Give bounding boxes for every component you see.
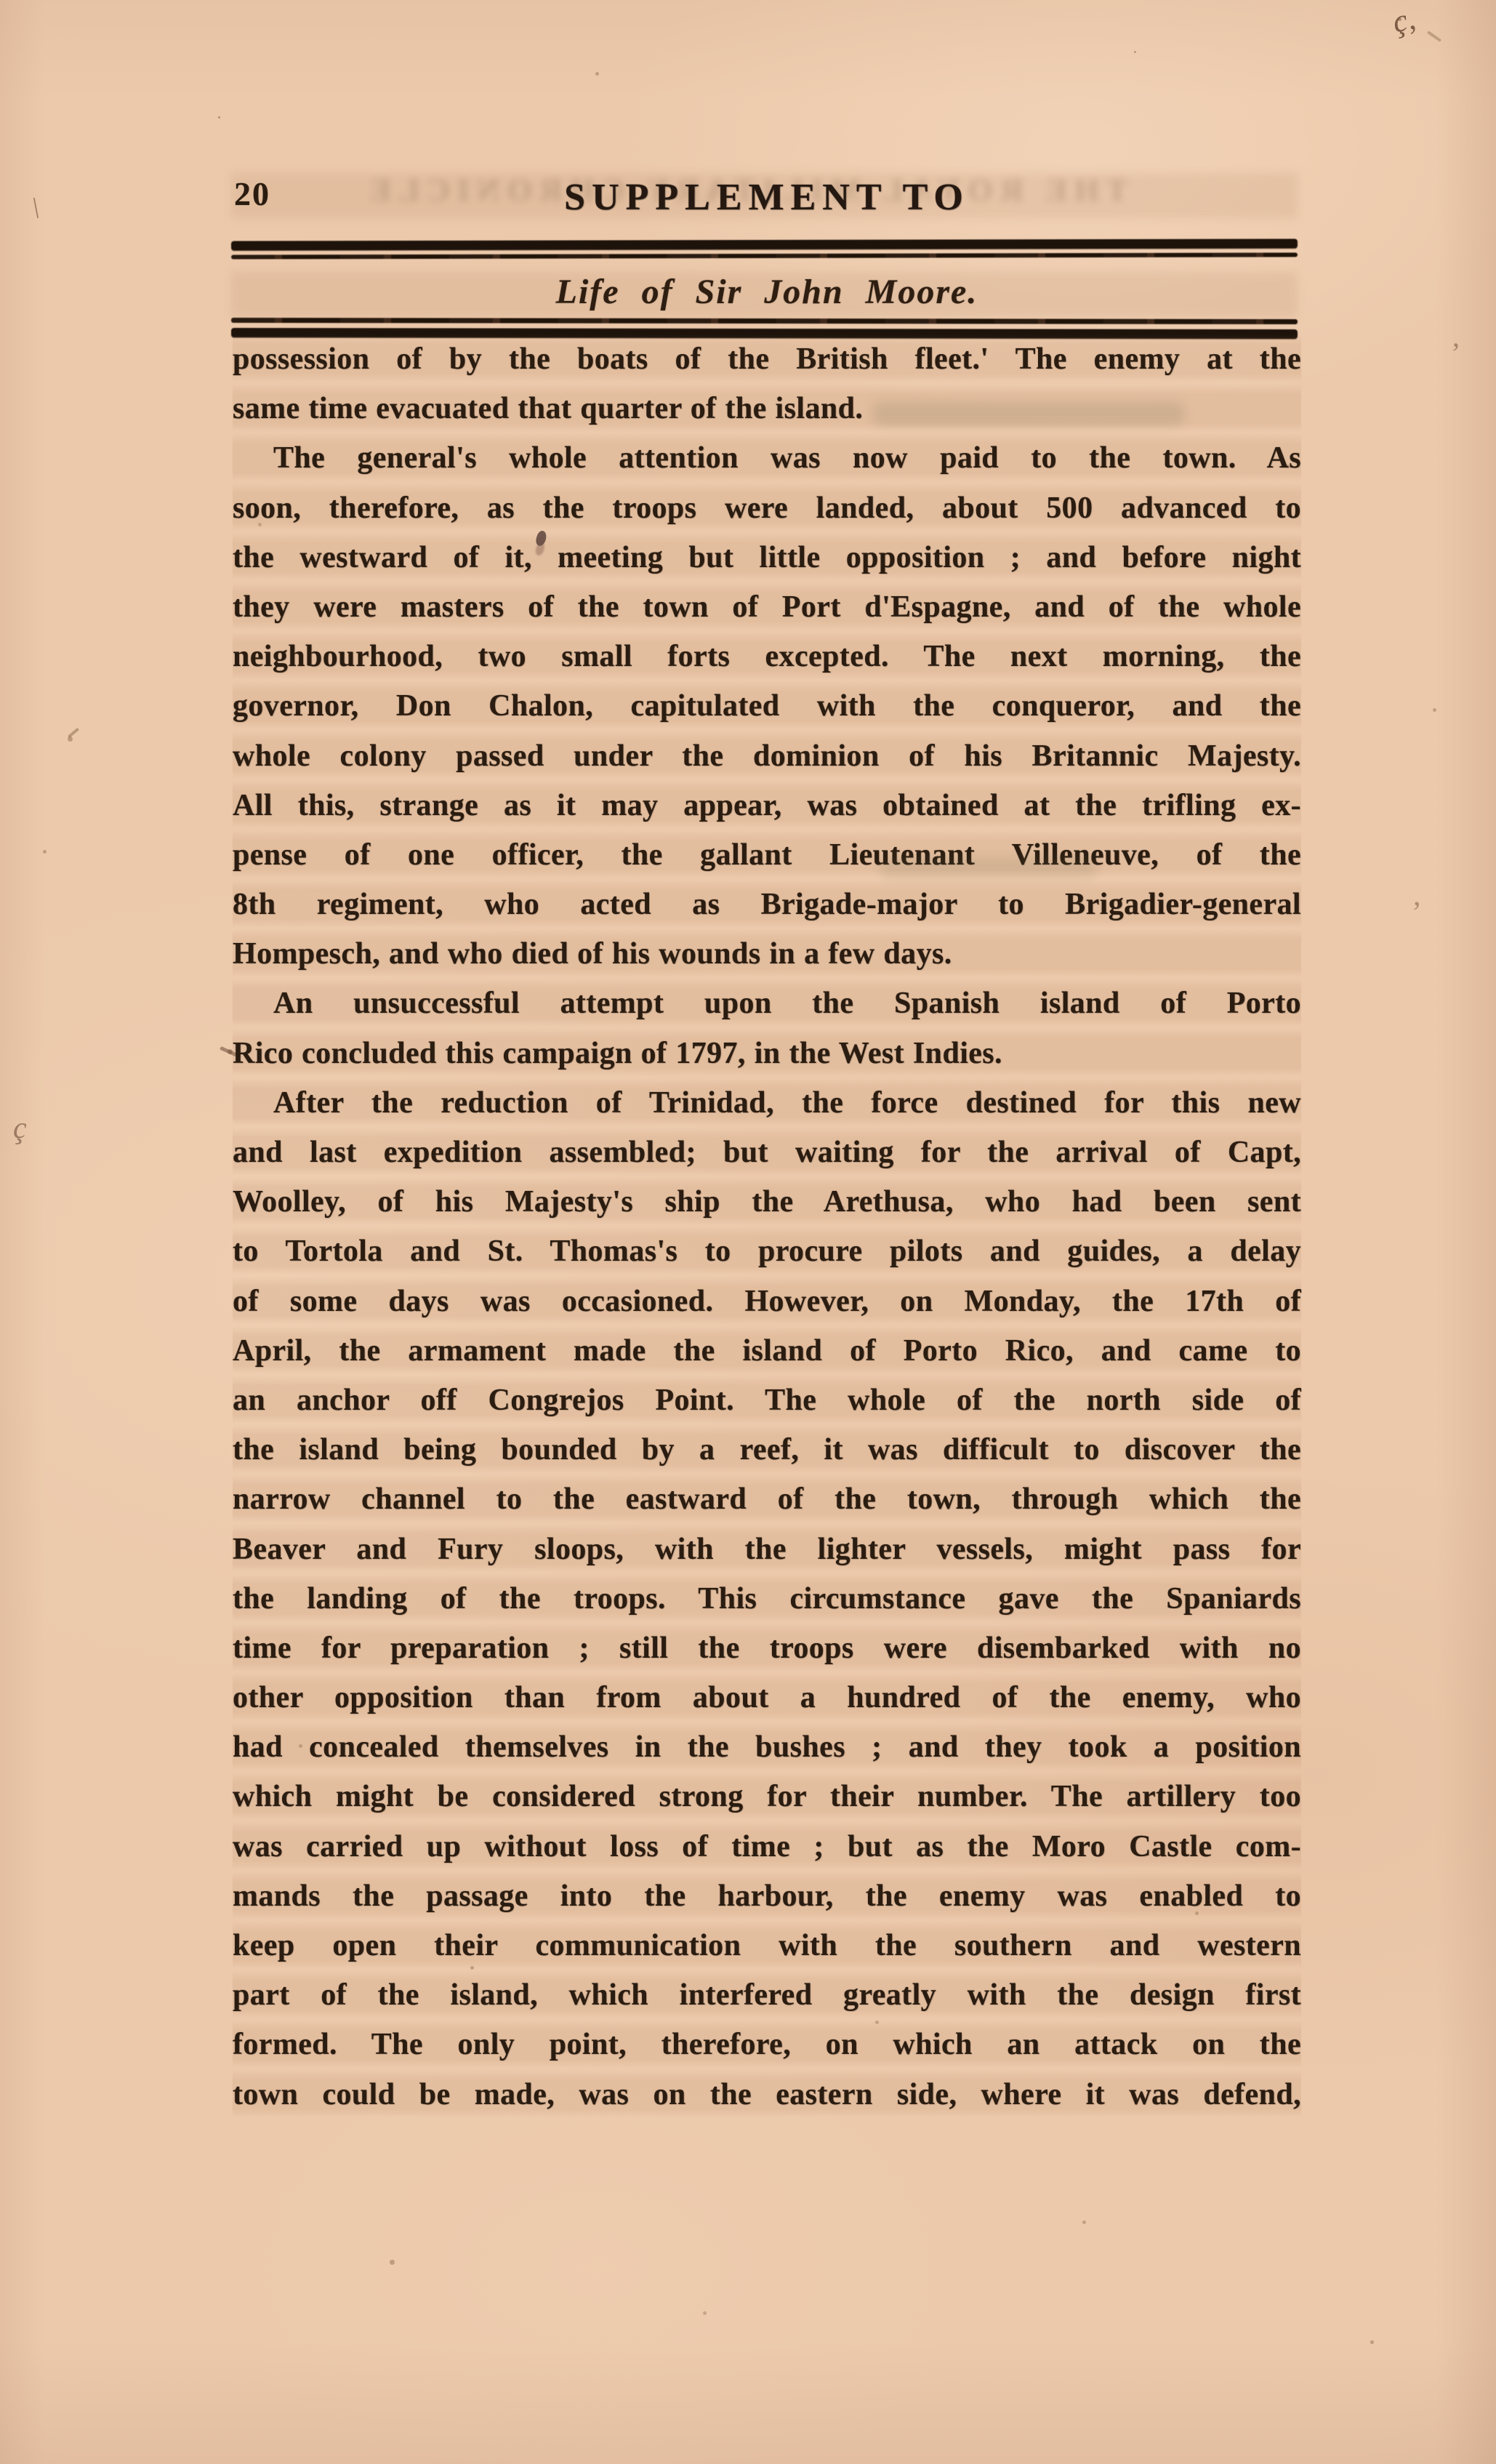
text-line: Rico concluded this campaign of 1797, in…: [233, 1029, 1301, 1078]
text-line: The general's whole attention was now pa…: [233, 433, 1301, 483]
text-line: to Tortola and St. Thomas's to procure p…: [233, 1227, 1301, 1276]
text-line: of some days was occasioned. However, on…: [233, 1277, 1301, 1326]
text-line: April, the armament made the island of P…: [233, 1326, 1301, 1376]
text-line: formed. The only point, therefore, on wh…: [233, 2020, 1301, 2069]
text-line: they were masters of the town of Port d'…: [233, 582, 1301, 632]
text-line: After the reduction of Trinidad, the for…: [233, 1078, 1301, 1128]
text-line: Beaver and Fury sloops, with the lighter…: [233, 1525, 1301, 1574]
rule-thin-line: [231, 252, 1298, 259]
rule-thin-line: [231, 318, 1298, 324]
text-line: possession of by the boats of the Britis…: [233, 334, 1301, 384]
text-line: governor, Don Chalon, capitulated with t…: [233, 681, 1301, 731]
paper-fiber: [1427, 31, 1441, 42]
text-line: part of the island, which interfered gre…: [233, 1970, 1301, 2020]
text-line: which might be considered strong for the…: [233, 1772, 1301, 1821]
paper-specks: [218, 116, 220, 119]
pen-mark: ,: [1413, 878, 1421, 913]
text-line: time for preparation ; still the troops …: [233, 1624, 1301, 1673]
text-line: an anchor off Congrejos Point. The whole…: [233, 1376, 1301, 1425]
paper-fiber: [68, 728, 79, 739]
text-line: whole colony passed under the dominion o…: [233, 731, 1301, 781]
text-line: Woolley, of his Majesty's ship the Areth…: [233, 1177, 1301, 1227]
text-line: the westward of it, meeting but little o…: [233, 533, 1301, 582]
rule-thick-line: [231, 238, 1298, 250]
pen-mark: ç,: [1389, 0, 1418, 41]
text-line: was carried up without loss of time ; bu…: [233, 1822, 1301, 1871]
text-line: the island being bounded by a reef, it w…: [233, 1425, 1301, 1474]
pen-mark: ç: [13, 1111, 27, 1146]
pen-mark: \: [30, 190, 43, 225]
text-line: the landing of the troops. This circumst…: [233, 1574, 1301, 1624]
body-text: possession of by the boats of the Britis…: [233, 334, 1301, 2119]
section-title: Life of Sir John Moore.: [233, 263, 1301, 321]
text-line: neighbourhood, two small forts excepted.…: [233, 632, 1301, 681]
text-line: Hompesch, and who died of his wounds in …: [233, 929, 1301, 979]
text-line: An unsuccessful attempt upon the Spanish…: [233, 979, 1301, 1028]
text-line: and last expedition assembled; but waiti…: [233, 1128, 1301, 1177]
text-line: narrow channel to the eastward of the to…: [233, 1474, 1301, 1524]
text-line: mands the passage into the harbour, the …: [233, 1871, 1301, 1921]
text-line: 8th regiment, who acted as Brigade-major…: [233, 880, 1301, 929]
text-line: same time evacuated that quarter of the …: [233, 384, 1301, 433]
running-head-title: SUPPLEMENT TO: [233, 169, 1301, 227]
text-line: All this, strange as it may appear, was …: [233, 781, 1301, 830]
text-line: town could be made, was on the eastern s…: [233, 2070, 1301, 2119]
text-line: other opposition than from about a hundr…: [233, 1673, 1301, 1722]
text-line: soon, therefore, as the troops were land…: [233, 483, 1301, 533]
double-rule-top: [231, 238, 1298, 259]
text-line: keep open their communication with the s…: [233, 1921, 1301, 1970]
book-page-scan: THE ROYAL MILITARY CHRONICLE 20 SUPPLEME…: [0, 0, 1496, 2464]
text-line: had concealed themselves in the bushes ;…: [233, 1722, 1301, 1772]
pen-mark: ’: [1451, 336, 1460, 370]
text-line: pense of one officer, the gallant Lieute…: [233, 830, 1301, 880]
